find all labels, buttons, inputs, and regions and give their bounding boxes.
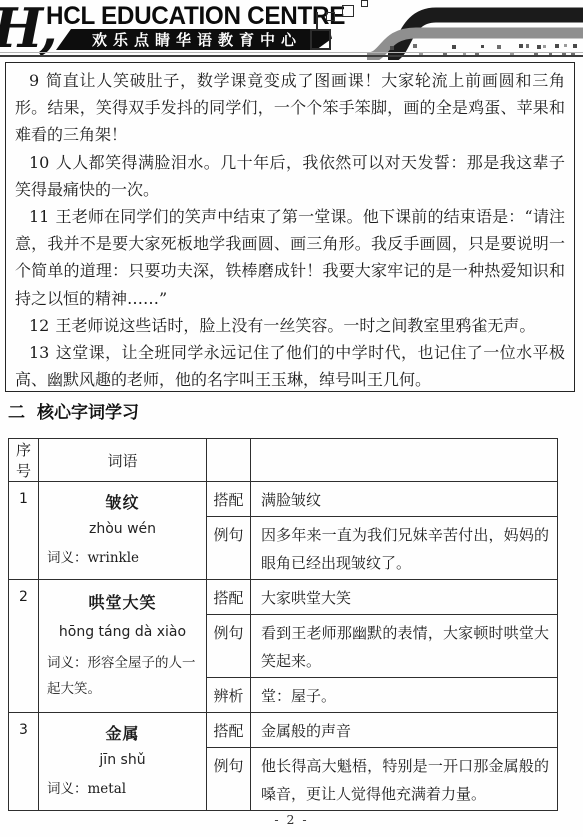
decor-square-icon xyxy=(497,45,501,49)
section-title-text: 核心字词学习 xyxy=(37,403,139,423)
row-index: 1 xyxy=(9,482,39,580)
entry-label: 例句 xyxy=(207,615,251,678)
decor-square-icon xyxy=(481,45,484,48)
section-number: 二 xyxy=(8,403,25,423)
header-word: 词语 xyxy=(39,439,207,482)
entry-label: 辨析 xyxy=(207,678,251,713)
header-rule-dark xyxy=(0,55,583,57)
decor-square-icon xyxy=(543,45,546,48)
table-row: 1 皱纹 zhòu wén 词义：wrinkle 搭配 满脸皱纹 xyxy=(9,482,558,517)
paragraph-number: 9 xyxy=(29,71,39,90)
meaning-text: wrinkle xyxy=(88,550,140,566)
entry-text: 大家哄堂大笑 xyxy=(251,580,558,615)
entry-label: 例句 xyxy=(207,748,251,811)
vocab-word: 皱纹 xyxy=(105,490,139,513)
paragraph-12: 12王老师说这些话时，脸上没有一丝笑容。一时之间教室里鸦雀无声。 xyxy=(15,312,565,339)
vocab-meaning: 词义：metal xyxy=(39,776,206,802)
word-cell: 哄堂大笑 hōng táng dà xiào 词义：形容全屋子的人一起大笑。 xyxy=(39,580,207,713)
letterhead: H, HCL EDUCATION CENTRE 欢乐点睛华语教育中心 xyxy=(0,0,583,60)
decor-square-outline-icon xyxy=(361,0,368,7)
word-cell: 金属 jīn shǔ 词义：metal xyxy=(39,713,207,811)
decor-square-icon xyxy=(526,44,529,48)
row-index: 3 xyxy=(9,713,39,811)
decor-square-icon xyxy=(452,45,456,49)
header-rule-light xyxy=(0,52,583,53)
org-name: HCL EDUCATION CENTRE xyxy=(46,2,345,31)
paragraph-11: 11王老师在同学们的笑声中结束了第一堂课。他下课前的结束语是：“请注意，我并不是… xyxy=(15,203,565,312)
page-number: - 2 - xyxy=(0,812,583,827)
paragraph-number: 13 xyxy=(29,343,49,362)
vocab-pinyin: hōng táng dà xiào xyxy=(59,624,186,640)
paragraph-number: 11 xyxy=(29,207,49,226)
page: H, HCL EDUCATION CENTRE 欢乐点睛华语教育中心 xyxy=(0,0,583,837)
paragraph-text: 这堂课，让全班同学永远记住了他们的中学时代，也记住了一位水平极高、幽默风趣的老师… xyxy=(15,343,565,389)
entry-label: 例句 xyxy=(207,517,251,580)
paragraph-number: 12 xyxy=(29,316,49,335)
header-empty xyxy=(207,439,251,482)
decor-square-icon xyxy=(390,46,394,50)
decor-square-icon xyxy=(555,44,559,48)
paragraph-9: 9简直让人笑破肚子，数学课竟变成了图画课！大家轮流上前画圆和三角形。结果，笑得双… xyxy=(15,67,565,149)
meaning-label: 词义： xyxy=(47,550,88,566)
decor-square-outline-icon xyxy=(326,12,335,21)
word-cell: 皱纹 zhòu wén 词义：wrinkle xyxy=(39,482,207,580)
vocab-word: 哄堂大笑 xyxy=(88,590,156,613)
decor-square-icon xyxy=(413,44,417,48)
vocab-meaning: 词义：形容全屋子的人一起大笑。 xyxy=(39,650,206,702)
entry-text: 堂：屋子。 xyxy=(251,678,558,713)
table-row: 2 哄堂大笑 hōng táng dà xiào 词义：形容全屋子的人一起大笑。… xyxy=(9,580,558,615)
decor-square-outline-icon xyxy=(342,5,354,17)
paragraph-text: 简直让人笑破肚子，数学课竟变成了图画课！大家轮流上前画圆和三角形。结果，笑得双手… xyxy=(15,71,565,144)
section-title: 二核心字词学习 xyxy=(8,398,139,423)
decor-square-icon xyxy=(519,44,523,48)
paragraph-10: 10人人都笑得满脸泪水。几十年后，我依然可以对天发誓：那是我这辈子笑得最痛快的一… xyxy=(15,149,565,203)
entry-label: 搭配 xyxy=(207,580,251,615)
entry-text: 看到王老师那幽默的表情，大家顿时哄堂大笑起来。 xyxy=(251,615,558,678)
meaning-label: 词义： xyxy=(47,781,88,797)
meaning-text: metal xyxy=(88,781,127,797)
decor-square-icon xyxy=(573,44,577,48)
vocab-pinyin: jīn shǔ xyxy=(99,752,145,768)
entry-text: 因多年来一直为我们兄妹辛苦付出，妈妈的眼角已经出现皱纹了。 xyxy=(251,517,558,580)
table-row: 3 金属 jīn shǔ 词义：metal 搭配 金属般的声音 xyxy=(9,713,558,748)
entry-text: 满脸皱纹 xyxy=(251,482,558,517)
vocab-pinyin: zhòu wén xyxy=(89,521,156,537)
paragraph-text: 王老师说这些话时，脸上没有一丝笑容。一时之间教室里鸦雀无声。 xyxy=(55,316,535,335)
swoosh-stripes-icon xyxy=(352,0,583,60)
row-index: 2 xyxy=(9,580,39,713)
paragraph-number: 10 xyxy=(29,153,49,172)
entry-text: 他长得高大魁梧，特别是一开口那金属般的嗓音，更让人觉得他充满着力量。 xyxy=(251,748,558,811)
decor-square-icon xyxy=(564,44,567,47)
paragraph-text: 王老师在同学们的笑声中结束了第一堂课。他下课前的结束语是：“请注意，我并不是要大… xyxy=(15,207,565,308)
paragraph-13: 13这堂课，让全班同学永远记住了他们的中学时代，也记住了一位水平极高、幽默风趣的… xyxy=(15,339,565,393)
entry-label: 搭配 xyxy=(207,482,251,517)
meaning-label: 词义： xyxy=(47,655,88,671)
table-header-row: 序号 词语 xyxy=(9,439,558,482)
paragraph-text: 人人都笑得满脸泪水。几十年后，我依然可以对天发誓：那是我这辈子笑得最痛快的一次。 xyxy=(15,153,565,199)
vocab-word: 金属 xyxy=(105,721,139,744)
header-empty xyxy=(251,439,558,482)
decor-square-icon xyxy=(537,45,541,49)
vocab-meaning: 词义：wrinkle xyxy=(39,545,206,571)
header-index: 序号 xyxy=(9,439,39,482)
decor-line xyxy=(316,12,318,30)
passage-box: 9简直让人笑破肚子，数学课竟变成了图画课！大家轮流上前画圆和三角形。结果，笑得双… xyxy=(5,62,575,392)
org-name-cn: 欢乐点睛华语教育中心 xyxy=(86,29,302,50)
org-name-cn-banner: 欢乐点睛华语教育中心 xyxy=(56,29,332,50)
decor-square-outline-icon xyxy=(310,29,331,50)
vocab-table: 序号 词语 1 皱纹 zhòu wén 词义：wrinkle 搭配 满脸皱纹 xyxy=(8,438,558,811)
entry-text: 金属般的声音 xyxy=(251,713,558,748)
entry-label: 搭配 xyxy=(207,713,251,748)
